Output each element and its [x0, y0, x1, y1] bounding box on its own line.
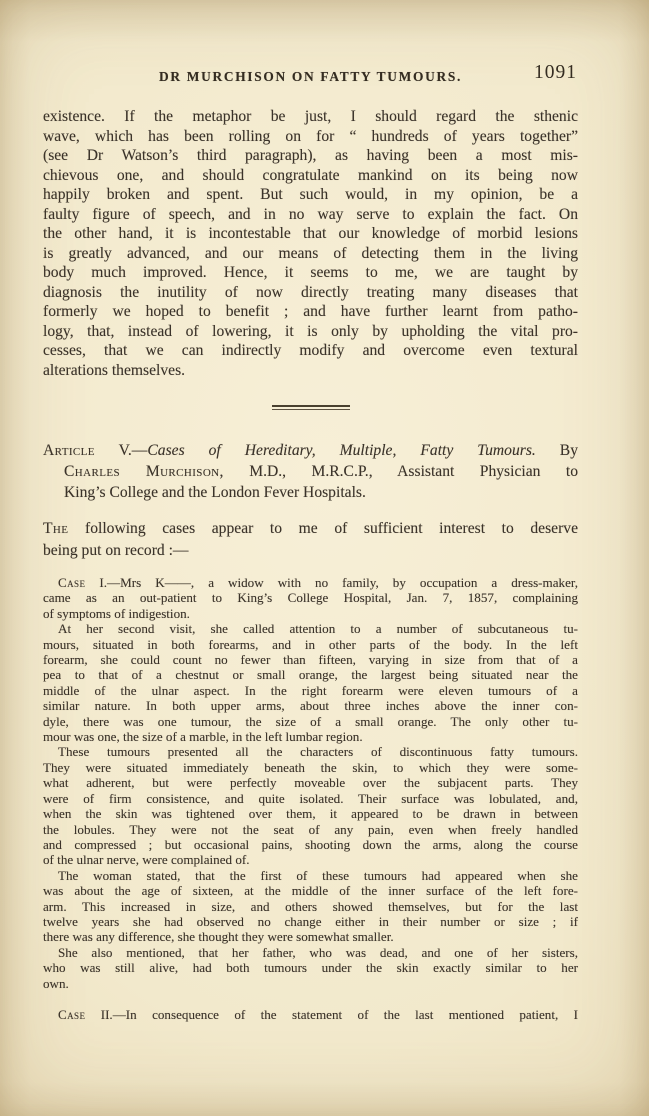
case1-family-paragraph: She also mentioned, that her father, who… [43, 945, 578, 991]
text-line: dyle, there was one tumour, the size of … [43, 714, 578, 729]
text-line: middle of the ulnar aspect. In the right… [43, 683, 578, 698]
case2-opening-paragraph: Case II.—In consequence of the statement… [43, 1007, 578, 1022]
case1-characters-paragraph: These tumours presented all the characte… [43, 744, 578, 867]
text-segment: I.—Mrs K——, a widow with no family, by o… [85, 575, 578, 590]
text-line: who was still alive, had both tumours un… [43, 960, 578, 975]
text-segment: They were situated immediately beneath t… [43, 760, 578, 775]
text-line: Charles Murchison, M.D., M.R.C.P., Assis… [43, 461, 578, 482]
text-line: formerly we hoped to benefit ; and have … [43, 302, 578, 322]
text-segment: existence. If the metaphor be just, I sh… [43, 108, 578, 125]
case1-history-paragraph: The woman stated, that the first of thes… [43, 868, 578, 945]
text-column: DR MURCHISON ON FATTY TUMOURS. 1091 exis… [43, 64, 578, 1022]
running-title: DR MURCHISON ON FATTY TUMOURS. [43, 64, 578, 90]
text-line: cesses, that we can indirectly modify an… [43, 341, 578, 361]
text-segment: there was any difference, she thought th… [43, 929, 394, 944]
text-segment: faulty figure of speech, and in no way s… [43, 206, 578, 223]
text-segment: chievous one, and should congratulate ma… [43, 167, 578, 184]
double-rule [272, 405, 350, 410]
text-line: arm. This increased in size, and others … [43, 899, 578, 914]
text-segment: the lobules. They were not the seat of a… [43, 822, 578, 837]
text-line: (see Dr Watson’s third paragraph), as ha… [43, 146, 578, 166]
text-segment: Cases of Hereditary, Multiple, Fatty Tum… [147, 442, 535, 459]
text-segment: cesses, that we can indirectly modify an… [43, 342, 578, 359]
text-segment: II.—In consequence of the statement of t… [85, 1007, 578, 1022]
text-segment: These tumours presented all the characte… [58, 744, 578, 759]
scanned-page: DR MURCHISON ON FATTY TUMOURS. 1091 exis… [0, 0, 649, 1116]
text-segment: M.D., M.R.C.P., Assistant Physician to [224, 463, 578, 480]
text-segment: Charles Murchison, [64, 463, 224, 480]
text-line: logy, that, instead of lowering, it is o… [43, 322, 578, 342]
text-line: when the skin was tightened over them, i… [43, 806, 578, 821]
text-line: Article V.—Cases of Hereditary, Multiple… [43, 440, 578, 461]
text-segment: logy, that, instead of lowering, it is o… [43, 323, 578, 340]
text-line: body much improved. Hence, it seems to m… [43, 263, 578, 283]
text-segment: forearm, she could count no fewer than f… [43, 652, 578, 667]
text-line: diagnosis the inutility of now directly … [43, 283, 578, 303]
case1-intro-paragraph: Case I.—Mrs K——, a widow with no family,… [43, 575, 578, 621]
text-segment: were of firm consistence, and quite isol… [43, 791, 578, 806]
text-line: At her second visit, she called attentio… [43, 621, 578, 636]
text-segment: twelve years she had observed no change … [43, 914, 578, 929]
text-line: what adherent, but were perfectly moveab… [43, 775, 578, 790]
text-line: is greatly advanced, and our means of de… [43, 244, 578, 264]
text-segment: Case [58, 575, 85, 590]
text-segment: formerly we hoped to benefit ; and have … [43, 303, 578, 320]
text-segment: being put on record :— [43, 542, 189, 559]
text-segment: following cases appear to me of sufficie… [68, 520, 578, 537]
text-segment: who was still alive, had both tumours un… [43, 960, 578, 975]
text-line: of the ulnar nerve, were complained of. [43, 852, 578, 867]
text-segment: The woman stated, that the first of thes… [58, 868, 578, 883]
text-segment: V.— [95, 442, 147, 459]
text-line: The following cases appear to me of suff… [43, 518, 578, 540]
text-segment: Article [43, 442, 95, 459]
text-line: the lobules. They were not the seat of a… [43, 822, 578, 837]
text-line: there was any difference, she thought th… [43, 929, 578, 944]
text-line: faulty figure of speech, and in no way s… [43, 205, 578, 225]
text-segment: By [536, 442, 578, 459]
text-segment: King’s College and the London Fever Hosp… [64, 484, 366, 501]
text-segment: came as an out-patient to King’s College… [43, 590, 578, 605]
text-line: She also mentioned, that her father, who… [43, 945, 578, 960]
text-segment: dyle, there was one tumour, the size of … [43, 714, 578, 729]
continuation-paragraph: existence. If the metaphor be just, I sh… [43, 107, 578, 380]
text-segment: the other hand, it is incontestable that… [43, 225, 578, 242]
text-line: existence. If the metaphor be just, I sh… [43, 107, 578, 127]
text-segment: and compressed ; but occasional pains, s… [43, 837, 578, 852]
text-line: pea to that of a chestnut or small orang… [43, 667, 578, 682]
page-content: existence. If the metaphor be just, I sh… [43, 107, 578, 1022]
text-line: Case II.—In consequence of the statement… [43, 1007, 578, 1022]
text-segment: alterations themselves. [43, 362, 185, 379]
text-segment: Case [58, 1007, 85, 1022]
text-segment: is greatly advanced, and our means of de… [43, 245, 578, 262]
text-line: alterations themselves. [43, 361, 578, 381]
text-segment: She also mentioned, that her father, who… [58, 945, 578, 960]
text-line: twelve years she had observed no change … [43, 914, 578, 929]
text-line: The woman stated, that the first of thes… [43, 868, 578, 883]
text-segment: The [43, 520, 68, 537]
text-line: and compressed ; but occasional pains, s… [43, 837, 578, 852]
text-line: being put on record :— [43, 540, 578, 562]
text-segment: (see Dr Watson’s third paragraph), as ha… [43, 147, 578, 164]
text-segment: happily broken and spent. But such would… [43, 186, 578, 203]
text-segment: mours, situated in both forearms, and in… [43, 637, 578, 652]
text-line: chievous one, and should congratulate ma… [43, 166, 578, 186]
text-line: wave, which has been rolling on for “ hu… [43, 127, 578, 147]
case1-tumours-paragraph: At her second visit, she called attentio… [43, 621, 578, 744]
text-segment: body much improved. Hence, it seems to m… [43, 264, 578, 281]
article-heading: Article V.—Cases of Hereditary, Multiple… [43, 440, 578, 503]
section-divider [43, 405, 578, 410]
running-header: DR MURCHISON ON FATTY TUMOURS. 1091 [43, 64, 578, 90]
text-line: Case I.—Mrs K——, a widow with no family,… [43, 575, 578, 590]
text-line: the other hand, it is incontestable that… [43, 224, 578, 244]
text-segment: own. [43, 976, 69, 991]
text-segment: wave, which has been rolling on for “ hu… [43, 128, 578, 145]
text-segment: mour was one, the size of a marble, in t… [43, 729, 363, 744]
text-line: were of firm consistence, and quite isol… [43, 791, 578, 806]
text-segment: pea to that of a chestnut or small orang… [43, 667, 578, 682]
text-line: These tumours presented all the characte… [43, 744, 578, 759]
text-segment: At her second visit, she called attentio… [58, 621, 578, 636]
text-segment: of the ulnar nerve, were complained of. [43, 852, 250, 867]
text-line: mours, situated in both forearms, and in… [43, 637, 578, 652]
intro-paragraph: The following cases appear to me of suff… [43, 518, 578, 562]
text-segment: arm. This increased in size, and others … [43, 899, 578, 914]
text-segment: was about the age of sixteen, at the mid… [43, 883, 578, 898]
text-segment: of symptoms of indigestion. [43, 606, 190, 621]
text-segment: diagnosis the inutility of now directly … [43, 284, 578, 301]
text-segment: middle of the ulnar aspect. In the right… [43, 683, 578, 698]
text-line: own. [43, 976, 578, 991]
text-line: forearm, she could count no fewer than f… [43, 652, 578, 667]
text-line: was about the age of sixteen, at the mid… [43, 883, 578, 898]
text-line: King’s College and the London Fever Hosp… [43, 482, 578, 503]
text-segment: what adherent, but were perfectly moveab… [43, 775, 578, 790]
text-line: They were situated immediately beneath t… [43, 760, 578, 775]
text-segment: when the skin was tightened over them, i… [43, 806, 578, 821]
text-line: came as an out-patient to King’s College… [43, 590, 578, 605]
text-line: similar nature. In both upper arms, abou… [43, 698, 578, 713]
text-line: mour was one, the size of a marble, in t… [43, 729, 578, 744]
page-number: 1091 [534, 62, 577, 84]
text-segment: similar nature. In both upper arms, abou… [43, 698, 578, 713]
text-line: of symptoms of indigestion. [43, 606, 578, 621]
text-line: happily broken and spent. But such would… [43, 185, 578, 205]
